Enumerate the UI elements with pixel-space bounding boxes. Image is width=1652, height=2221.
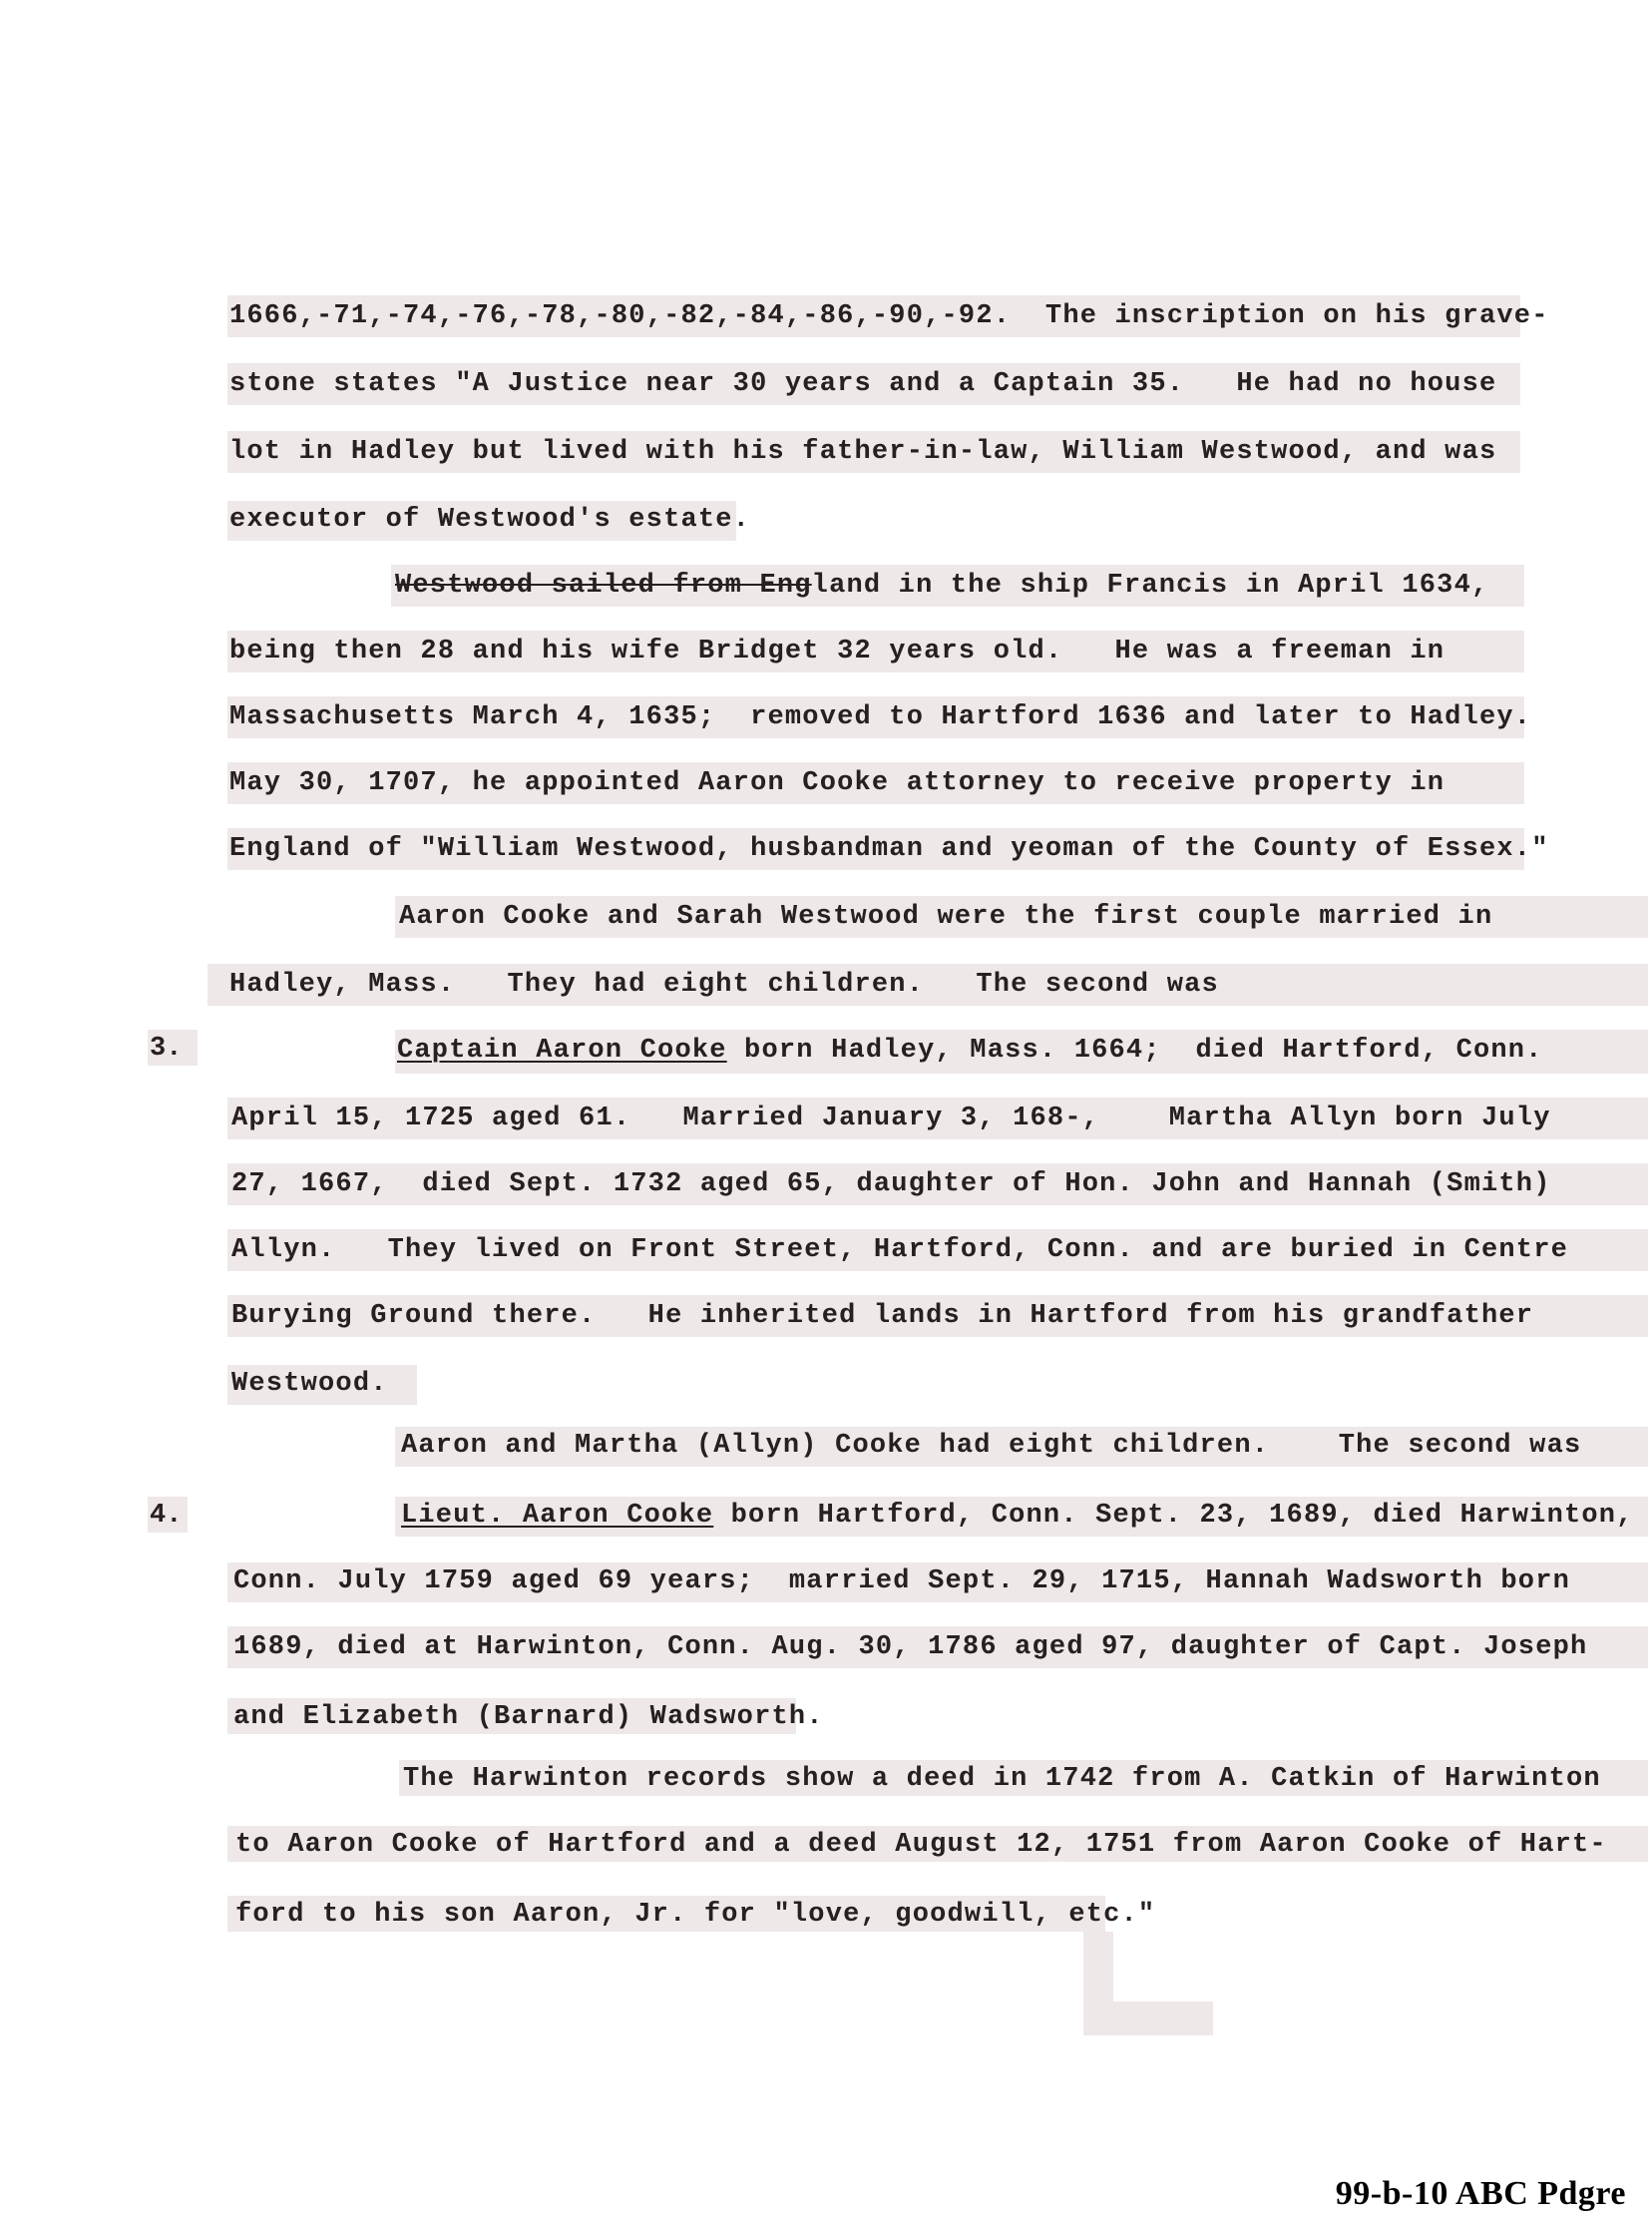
- line-text: born Hartford, Conn. Sept. 23, 1689, die…: [713, 1501, 1633, 1531]
- text-line: Lieut. Aaron Cooke born Hartford, Conn. …: [401, 1499, 1634, 1533]
- text-line: to Aaron Cooke of Hartford and a deed Au…: [235, 1828, 1607, 1862]
- entry-name: Captain Aaron Cooke: [397, 1036, 727, 1066]
- text-line: England of "William Westwood, husbandman…: [229, 832, 1549, 866]
- entry-name: Lieut. Aaron Cooke: [401, 1501, 713, 1531]
- text-line: 27, 1667, died Sept. 1732 aged 65, daugh…: [231, 1167, 1551, 1201]
- text-line: 1666,-71,-74,-76,-78,-80,-82,-84,-86,-90…: [229, 299, 1549, 333]
- line-text: born Hadley, Mass. 1664; died Hartford, …: [727, 1036, 1543, 1066]
- text-line: Westwood.: [231, 1367, 388, 1401]
- entry-number: 3.: [150, 1032, 182, 1066]
- text-line: lot in Hadley but lived with his father-…: [229, 435, 1496, 469]
- text-line: May 30, 1707, he appointed Aaron Cooke a…: [229, 766, 1445, 800]
- text-line: Conn. July 1759 aged 69 years; married S…: [233, 1564, 1570, 1598]
- text-line: Aaron Cooke and Sarah Westwood were the …: [399, 900, 1492, 934]
- document-page: 1666,-71,-74,-76,-78,-80,-82,-84,-86,-90…: [0, 0, 1652, 2221]
- text-line: 1689, died at Harwinton, Conn. Aug. 30, …: [233, 1630, 1587, 1664]
- text-line: Aaron and Martha (Allyn) Cooke had eight…: [401, 1429, 1581, 1463]
- text-line: April 15, 1725 aged 61. Married January …: [231, 1102, 1551, 1135]
- text-line: Allyn. They lived on Front Street, Hartf…: [231, 1233, 1568, 1267]
- entry-number: 4.: [150, 1499, 182, 1533]
- text-line: Hadley, Mass. They had eight children. T…: [229, 968, 1219, 1002]
- page-reference-label: 99-b-10 ABC Pdgre: [1336, 2175, 1626, 2213]
- text-line: Westwood sailed from England in the ship…: [395, 569, 1488, 603]
- struck-text: Westwood sailed from Eng: [395, 571, 812, 601]
- text-line: The Harwinton records show a deed in 174…: [403, 1762, 1601, 1796]
- text-line: stone states "A Justice near 30 years an…: [229, 367, 1496, 401]
- highlight-band: [1083, 2001, 1213, 2035]
- line-text: land in the ship Francis in April 1634,: [812, 571, 1489, 601]
- text-line: Massachusetts March 4, 1635; removed to …: [229, 700, 1531, 734]
- text-line: being then 28 and his wife Bridget 32 ye…: [229, 635, 1445, 668]
- text-line: and Elizabeth (Barnard) Wadsworth.: [233, 1700, 824, 1734]
- text-line: ford to his son Aaron, Jr. for "love, go…: [235, 1898, 1155, 1932]
- text-line: Burying Ground there. He inherited lands…: [231, 1299, 1533, 1333]
- text-line: executor of Westwood's estate.: [229, 503, 750, 537]
- text-line: Captain Aaron Cooke born Hadley, Mass. 1…: [397, 1034, 1543, 1068]
